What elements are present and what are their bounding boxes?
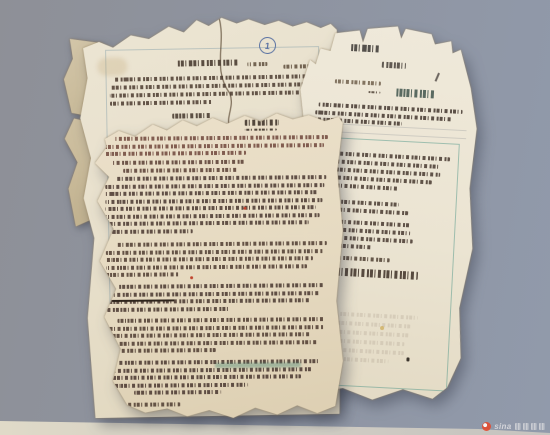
handwriting-line [106, 213, 320, 219]
handwriting-block [107, 401, 335, 410]
handwriting-line [107, 325, 324, 331]
handwriting-line [117, 241, 327, 247]
watermark-brand-text: sina [494, 422, 511, 431]
handwriting-line [134, 390, 221, 395]
handwriting-line [110, 100, 212, 106]
handwriting-line [118, 317, 325, 323]
handwriting-line [107, 332, 310, 338]
handwriting-line [106, 272, 179, 277]
cn-glyph-block [515, 423, 522, 430]
table-edge [0, 417, 550, 435]
handwriting-line [105, 198, 322, 204]
handwriting-line [106, 249, 323, 255]
handwriting-block [106, 241, 334, 280]
handwriting-line [245, 128, 277, 130]
handwriting-line [105, 183, 324, 189]
handwriting-line [105, 205, 315, 211]
handwriting-line [247, 62, 267, 66]
watermark: sina [482, 422, 545, 431]
handwriting-line [107, 340, 317, 346]
handwriting-line [394, 88, 434, 98]
handwriting-line [114, 74, 318, 82]
photograph: 1 sina [0, 0, 550, 435]
handwriting-block [106, 317, 334, 356]
handwriting-line [106, 229, 193, 234]
handwriting-line [106, 306, 229, 311]
handwriting-line [335, 79, 381, 85]
handwriting-line [382, 62, 406, 69]
handwriting-line [245, 119, 279, 125]
handwriting-line [123, 167, 237, 172]
handwriting-line [106, 256, 313, 262]
handwriting-line [118, 283, 323, 289]
handwriting-block [368, 91, 380, 97]
handwriting-line [110, 82, 309, 89]
handwriting-block [382, 62, 406, 73]
handwriting-line [107, 374, 301, 380]
handwriting-line [107, 348, 216, 353]
handwriting-line [105, 190, 317, 196]
handwriting-line [105, 151, 246, 156]
handwriting-line [351, 44, 381, 53]
ink-mark [190, 276, 193, 279]
handwriting-line [368, 91, 380, 94]
ink-mark [406, 357, 409, 361]
handwriting-block [247, 62, 267, 70]
handwriting-line [112, 160, 244, 165]
handwriting-line [107, 367, 312, 373]
handwriting-block [105, 175, 334, 237]
handwriting-block [394, 88, 435, 102]
handwriting-block [110, 74, 323, 110]
handwriting-block [350, 44, 381, 56]
handwriting-line [110, 90, 303, 97]
ink-mark [215, 362, 301, 368]
ink-mark [243, 207, 246, 210]
handwriting-block [245, 128, 279, 134]
handwriting-line [107, 382, 248, 387]
manuscript-page-front [95, 111, 346, 419]
handwriting-block [105, 135, 333, 159]
cn-glyph-block [523, 423, 530, 430]
watermark-cn-text [515, 423, 546, 430]
handwriting-line [106, 264, 307, 270]
ink-mark [97, 57, 127, 76]
handwriting-line [107, 402, 180, 407]
handwriting-block [105, 159, 333, 176]
sina-logo-icon [482, 422, 491, 431]
handwriting-block [335, 79, 381, 89]
handwriting-block [177, 59, 239, 70]
cn-glyph-block [531, 423, 538, 430]
cn-glyph-block [539, 423, 546, 430]
front-page-content [95, 111, 346, 419]
handwriting-line [106, 220, 309, 226]
handwriting-line [106, 291, 320, 297]
handwriting-line [105, 143, 324, 149]
handwriting-line [177, 59, 239, 66]
handwriting-line [114, 135, 328, 141]
manuscript-page-surface [95, 111, 346, 419]
handwriting-line [117, 175, 327, 181]
